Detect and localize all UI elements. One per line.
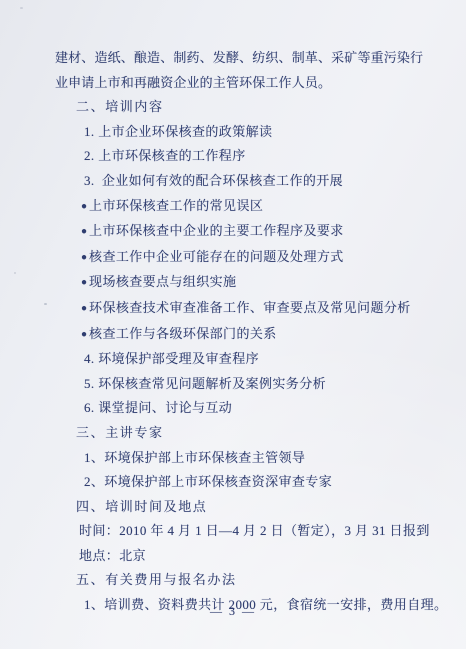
line-text: 环保核查技术审查准备工作、审查要点及常见问题分析 (89, 300, 411, 315)
bullet-icon: ● (81, 271, 87, 296)
bullet-icon: ● (81, 323, 87, 348)
document-body: 建材、造纸、酿造、制药、发酵、纺织、制革、采矿等重污染行业申请上市和再融资企业的… (55, 46, 448, 618)
section-heading: 三、主讲专家 (76, 421, 448, 446)
bullet-item: ●核查工作与各级环保部门的关系 (81, 322, 448, 348)
line-text: 二、培训内容 (76, 99, 164, 114)
page-number: — 3 — (0, 604, 466, 619)
line-text: 1. 上市企业环保核查的政策解读 (84, 124, 272, 139)
line-text: 5. 环保核查常见问题解析及案例实务分析 (84, 376, 326, 391)
line-text: 3. 企业如何有效的配合环保核查工作的开展 (84, 173, 343, 188)
line-text: 五、有关费用与报名办法 (76, 572, 237, 587)
numbered-item: 1、环境保护部上市环保核查主管领导 (84, 446, 448, 471)
section-heading: 五、有关费用与报名办法 (76, 568, 448, 593)
document-page: 建材、造纸、酿造、制药、发酵、纺织、制革、采矿等重污染行业申请上市和再融资企业的… (0, 0, 466, 649)
numbered-item: 2. 上市环保核查的工作程序 (84, 144, 448, 169)
numbered-item: 6. 课堂提问、讨论与互动 (84, 396, 448, 421)
line-text: 四、培训时间及地点 (76, 499, 207, 514)
numbered-item: 3. 企业如何有效的配合环保核查工作的开展 (84, 169, 448, 194)
numbered-item: 2、环境保护部上市环保核查资深审查专家 (84, 470, 448, 495)
bullet-icon: ● (81, 220, 87, 245)
section-heading: 四、培训时间及地点 (76, 495, 448, 520)
line-text: 三、主讲专家 (76, 425, 164, 440)
bullet-item: ●上市环保核查中企业的主要工作程序及要求 (81, 219, 448, 245)
line-text: 6. 课堂提问、讨论与互动 (84, 400, 232, 415)
line-text: 1、环境保护部上市环保核查主管领导 (84, 450, 305, 465)
bullet-item: ●环保核查技术审查准备工作、审查要点及常见问题分析 (81, 296, 448, 322)
bullet-icon: ● (81, 246, 87, 271)
line-text: 核查工作中企业可能存在的问题及处理方式 (89, 249, 344, 264)
scan-speck (44, 303, 47, 305)
bullet-icon: ● (81, 297, 87, 322)
scan-speck (20, 7, 23, 9)
line-text: 核查工作与各级环保部门的关系 (89, 326, 277, 341)
numbered-item: 1. 上市企业环保核查的政策解读 (84, 120, 448, 145)
numbered-item: 5. 环保核查常见问题解析及案例实务分析 (84, 372, 448, 397)
line-text: 2. 上市环保核查的工作程序 (84, 148, 246, 163)
line-text: 上市环保核查中企业的主要工作程序及要求 (89, 223, 344, 238)
line-text: 时间：2010 年 4 月 1 日—4 月 2 日（暂定），3 月 31 日报到 (79, 523, 430, 538)
bullet-item: ●核查工作中企业可能存在的问题及处理方式 (81, 245, 448, 271)
bullet-item: ●上市环保核查工作的常见误区 (81, 194, 448, 220)
paragraph: 建材、造纸、酿造、制药、发酵、纺织、制革、采矿等重污染行 (55, 46, 448, 71)
line-text: 上市环保核查工作的常见误区 (89, 198, 263, 213)
section-heading: 二、培训内容 (76, 95, 448, 120)
info-line: 地点：北京 (79, 544, 448, 569)
scan-speck (14, 272, 16, 274)
line-text: 业申请上市和再融资企业的主管环保工作人员。 (55, 75, 331, 90)
paragraph: 业申请上市和再融资企业的主管环保工作人员。 (55, 71, 448, 96)
line-text: 4. 环境保护部受理及审查程序 (84, 351, 259, 366)
line-text: 2、环境保护部上市环保核查资深审查专家 (84, 474, 332, 489)
line-text: 地点：北京 (79, 548, 146, 563)
line-text: 建材、造纸、酿造、制药、发酵、纺织、制革、采矿等重污染行 (55, 50, 423, 65)
line-text: 现场核查要点与组织实施 (89, 274, 236, 289)
info-line: 时间：2010 年 4 月 1 日—4 月 2 日（暂定），3 月 31 日报到 (79, 519, 448, 544)
numbered-item: 4. 环境保护部受理及审查程序 (84, 347, 448, 372)
bullet-icon: ● (81, 195, 87, 220)
bullet-item: ●现场核查要点与组织实施 (81, 270, 448, 296)
